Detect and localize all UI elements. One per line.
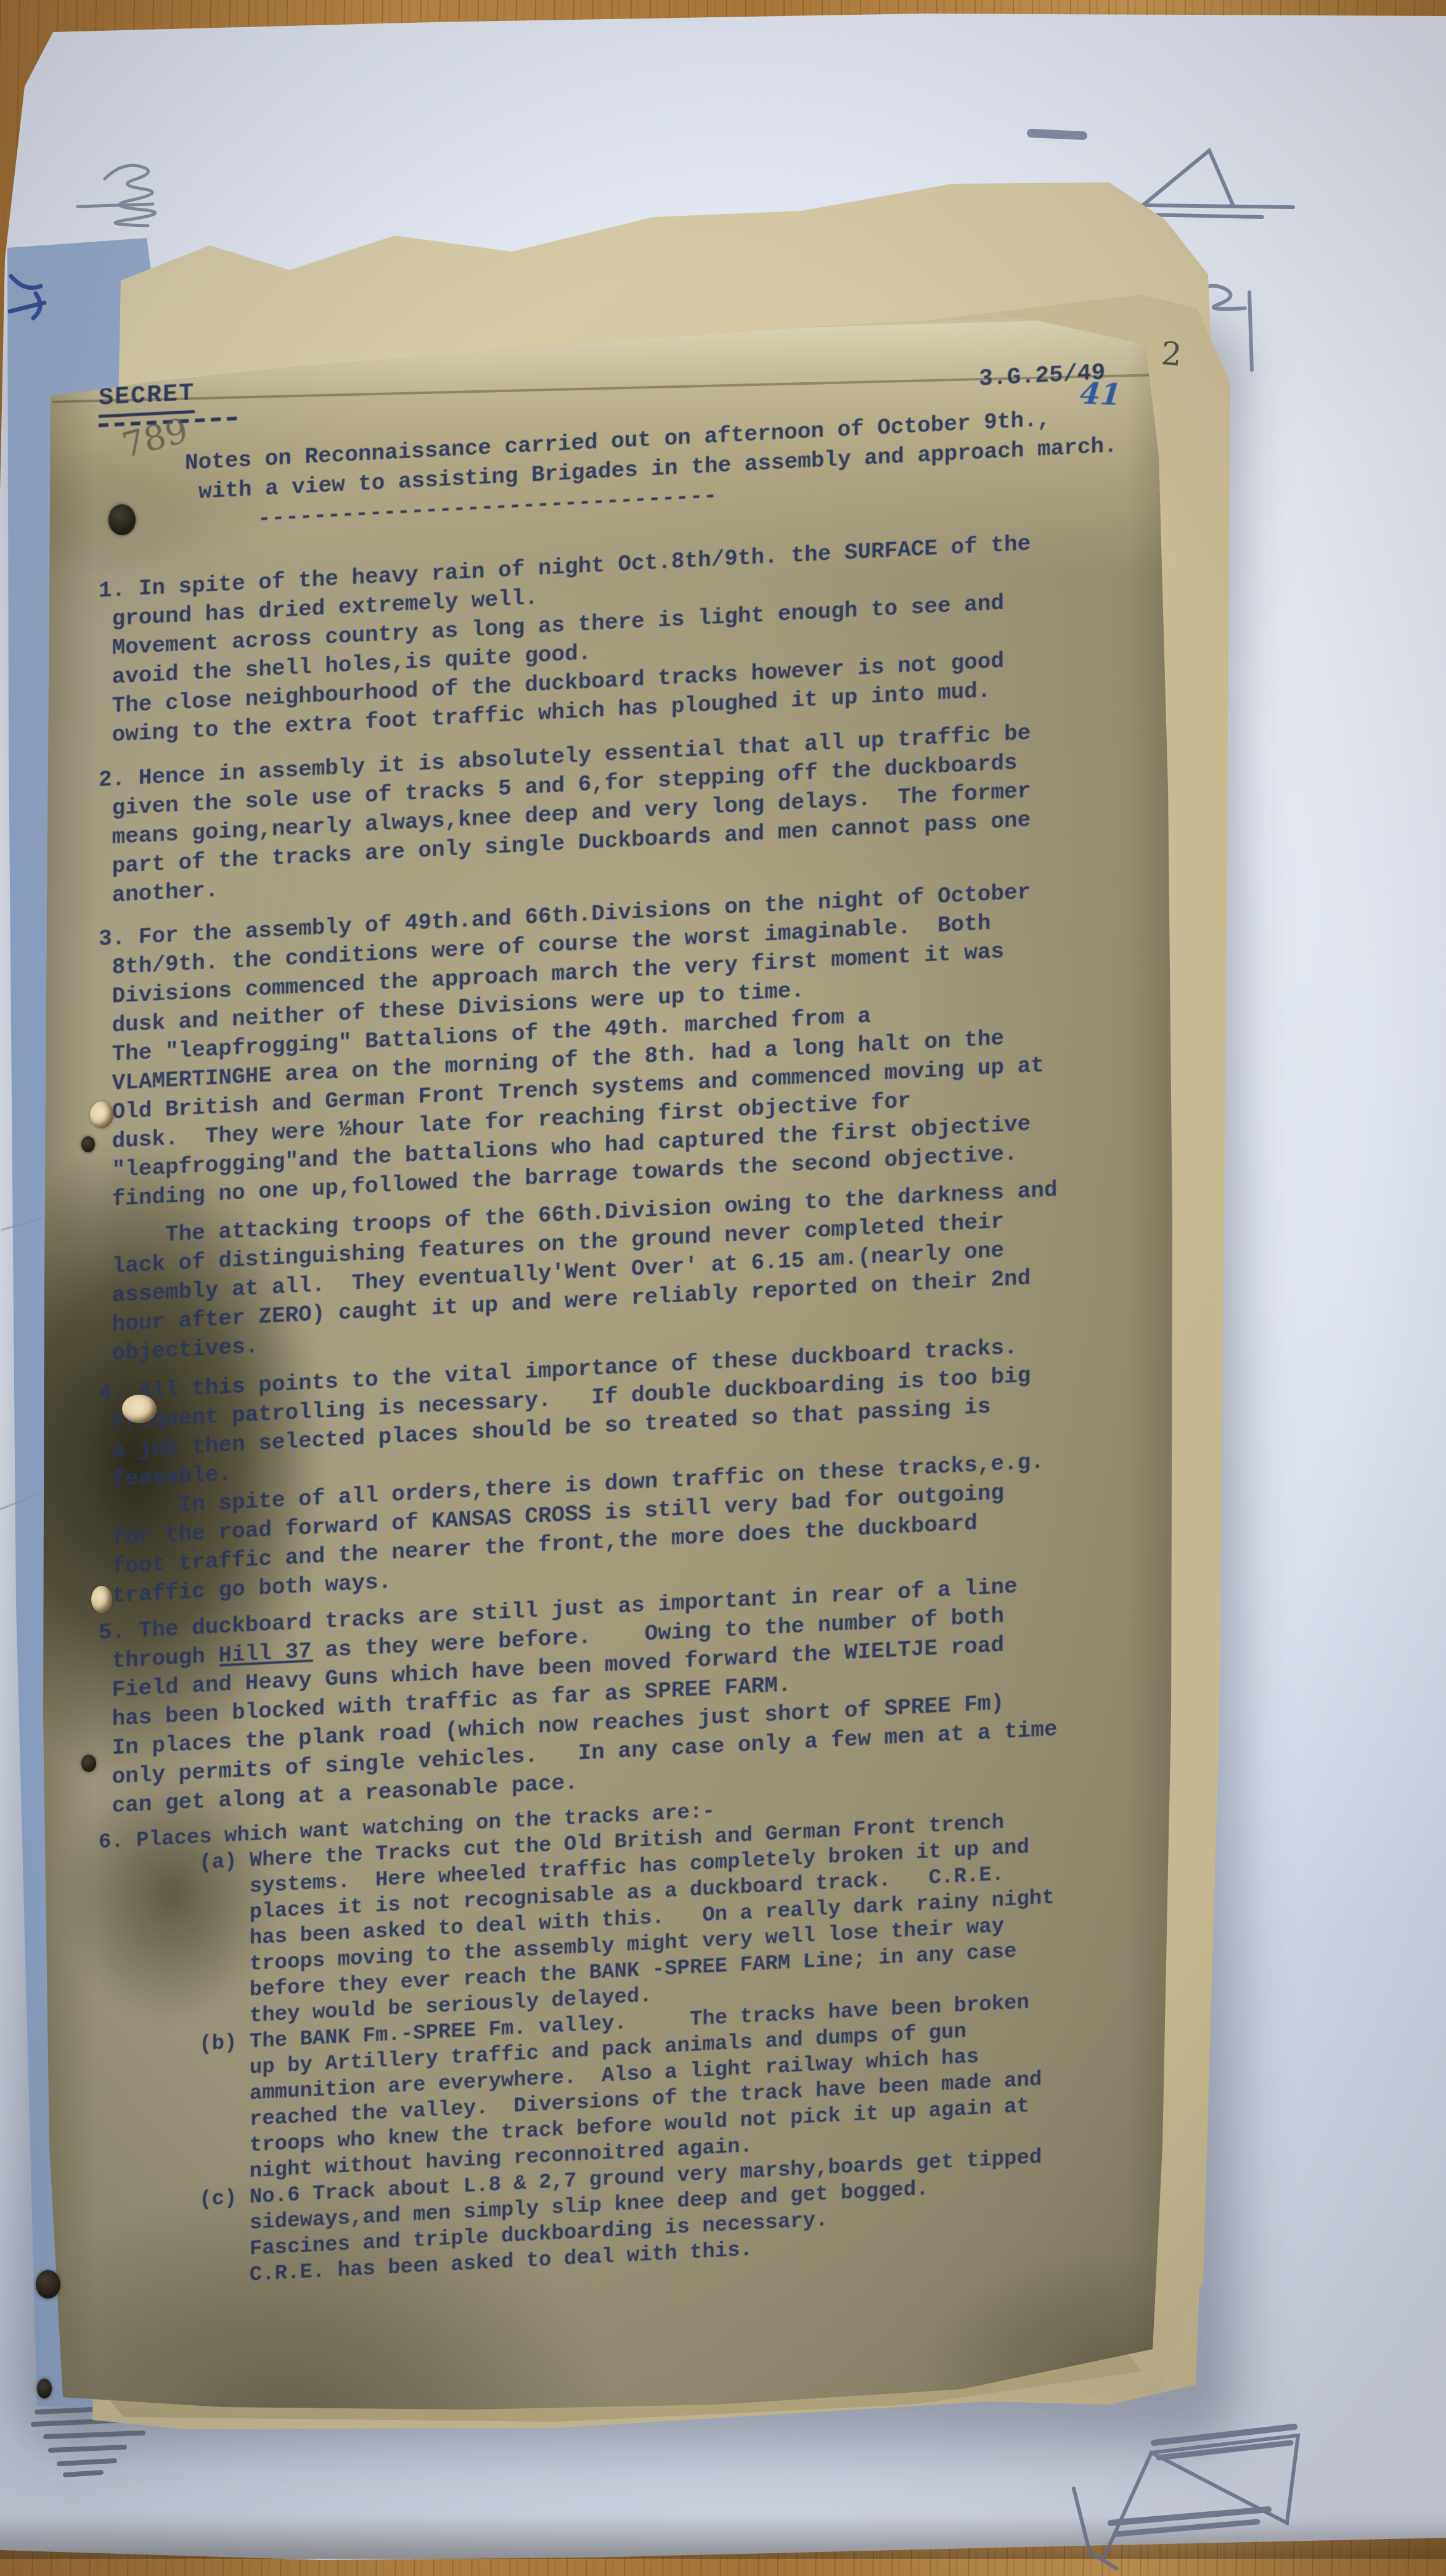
punch-hole: [90, 1101, 113, 1128]
punch-hole: [37, 2379, 52, 2398]
punch-hole: [91, 1586, 112, 1613]
paragraph-6: 6. Places which want watching on the tra…: [99, 1781, 1055, 2296]
typed-text-layer: SECRET 3.G.25/49 41 789 Notes on Reconna…: [37, 237, 1208, 2435]
punch-hole: [81, 1755, 96, 1772]
paragraph-2: 2. Hence in assembly it is absolutely es…: [99, 718, 1031, 911]
paragraph-4: 4. All this points to the vital importan…: [99, 1331, 1044, 1611]
pencil-flag-doodle: [1074, 2427, 1298, 2569]
pencil-page-number: 2: [1160, 337, 1183, 372]
punch-hole: [36, 2270, 60, 2299]
punch-hole: [122, 1395, 157, 1423]
photo-of-document-on-desk: SECRET 3.G.25/49 41 789 Notes on Reconna…: [0, 0, 1446, 2576]
pencil-serial-number: 789: [119, 412, 191, 464]
pencil-spiral-doodle: [78, 165, 155, 226]
punch-hole: [108, 504, 136, 535]
paragraph-5: 5. The duckboard tracks are still just a…: [99, 1570, 1057, 1821]
blue-ink-marks: [10, 276, 44, 318]
pencil-hairlines: [0, 1216, 49, 1509]
paragraph-3: 3. For the assembly of 49th.and 66th.Div…: [99, 877, 1044, 1215]
page-number-ink: 41: [1079, 378, 1122, 410]
typed-memo-sheet: SECRET 3.G.25/49 41 789 Notes on Reconna…: [37, 296, 1208, 2435]
paragraph-1: 1. In spite of the heavy rain of night O…: [99, 529, 1031, 750]
pencil-dash-doodle: [1031, 133, 1083, 136]
punch-hole: [81, 1136, 95, 1152]
